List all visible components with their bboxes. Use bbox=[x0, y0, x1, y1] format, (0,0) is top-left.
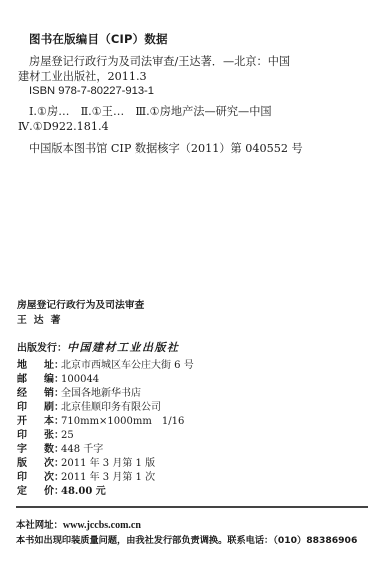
info-value: 100044 bbox=[61, 374, 99, 385]
info-label-char: 开 bbox=[17, 415, 44, 428]
info-value: 25 bbox=[61, 430, 74, 441]
info-row-format: 开本：710mm×1000mm 1/16 bbox=[17, 415, 184, 428]
info-label-char: 定 bbox=[17, 485, 44, 498]
info-row-word-count: 字数：448 千字 bbox=[17, 443, 103, 456]
cip-entry-line-1: 房屋登记行政行为及司法审查/王达著．—北京：中国 bbox=[29, 55, 290, 69]
info-value: 北京佳顺印务有限公司 bbox=[61, 402, 161, 413]
horizontal-divider bbox=[16, 506, 368, 508]
info-label-char: 邮 bbox=[17, 373, 44, 386]
cip-classification-line-2: Ⅳ.①D922.181.4 bbox=[18, 120, 109, 134]
info-label-char: 印 bbox=[17, 429, 44, 442]
book-author: 王达著 bbox=[17, 312, 67, 326]
info-label-char: 印 bbox=[17, 471, 44, 484]
publisher-label: 出版发行： bbox=[17, 343, 67, 354]
cip-entry-line-2: 建材工业出版社，2011.3 bbox=[18, 70, 147, 84]
info-label-char: 地 bbox=[17, 359, 44, 372]
website-label: 本社网址： bbox=[16, 520, 63, 531]
info-value: 全国各地新华书店 bbox=[61, 388, 141, 399]
info-label-char: 版 bbox=[17, 457, 44, 470]
cip-classification-line-1: Ⅰ.①房… Ⅱ.①王… Ⅲ.①房地产法—研究—中国 bbox=[29, 105, 272, 119]
info-row-postcode: 邮编：100044 bbox=[17, 373, 99, 386]
website-url: www.jccbs.com.cn bbox=[63, 520, 141, 531]
info-row-address: 地址：北京市西城区车公庄大街 6 号 bbox=[17, 359, 194, 372]
cip-isbn: ISBN 978-7-80227-913-1 bbox=[29, 84, 154, 98]
info-value: 2011 年 3 月第 1 次 bbox=[61, 472, 155, 483]
publisher-name: 中国建材工业出版社 bbox=[67, 341, 180, 354]
publisher-website-row: 本社网址：www.jccbs.com.cn bbox=[16, 517, 141, 531]
cip-heading: 图书在版编目（CIP）数据 bbox=[29, 31, 168, 47]
info-label-char: 印 bbox=[17, 401, 44, 414]
info-value: 2011 年 3 月第 1 版 bbox=[61, 458, 155, 469]
info-value: 448 千字 bbox=[61, 444, 103, 455]
info-row-printer: 印刷：北京佳顺印务有限公司 bbox=[17, 401, 161, 414]
quality-notice: 本书如出现印装质量问题，由我社发行部负责调换。联系电话：（010）8838690… bbox=[16, 532, 357, 546]
publisher-row: 出版发行：中国建材工业出版社 bbox=[17, 341, 180, 355]
info-row-distributor: 经销：全国各地新华书店 bbox=[17, 387, 141, 400]
cip-verification-number: 中国版本图书馆 CIP 数据核字（2011）第 040552 号 bbox=[29, 142, 303, 156]
info-value: 710mm×1000mm 1/16 bbox=[61, 416, 184, 427]
info-row-edition: 版次：2011 年 3 月第 1 版 bbox=[17, 457, 155, 470]
info-row-sheets: 印张：25 bbox=[17, 429, 74, 442]
info-label-char: 经 bbox=[17, 387, 44, 400]
info-row-price: 定价：48.00 元 bbox=[17, 485, 106, 498]
info-row-printing: 印次：2011 年 3 月第 1 次 bbox=[17, 471, 155, 484]
price-value: 48.00 元 bbox=[61, 486, 106, 497]
book-title: 房屋登记行政行为及司法审查 bbox=[17, 297, 144, 311]
info-value: 北京市西城区车公庄大街 6 号 bbox=[61, 360, 194, 371]
info-label-char: 字 bbox=[17, 443, 44, 456]
